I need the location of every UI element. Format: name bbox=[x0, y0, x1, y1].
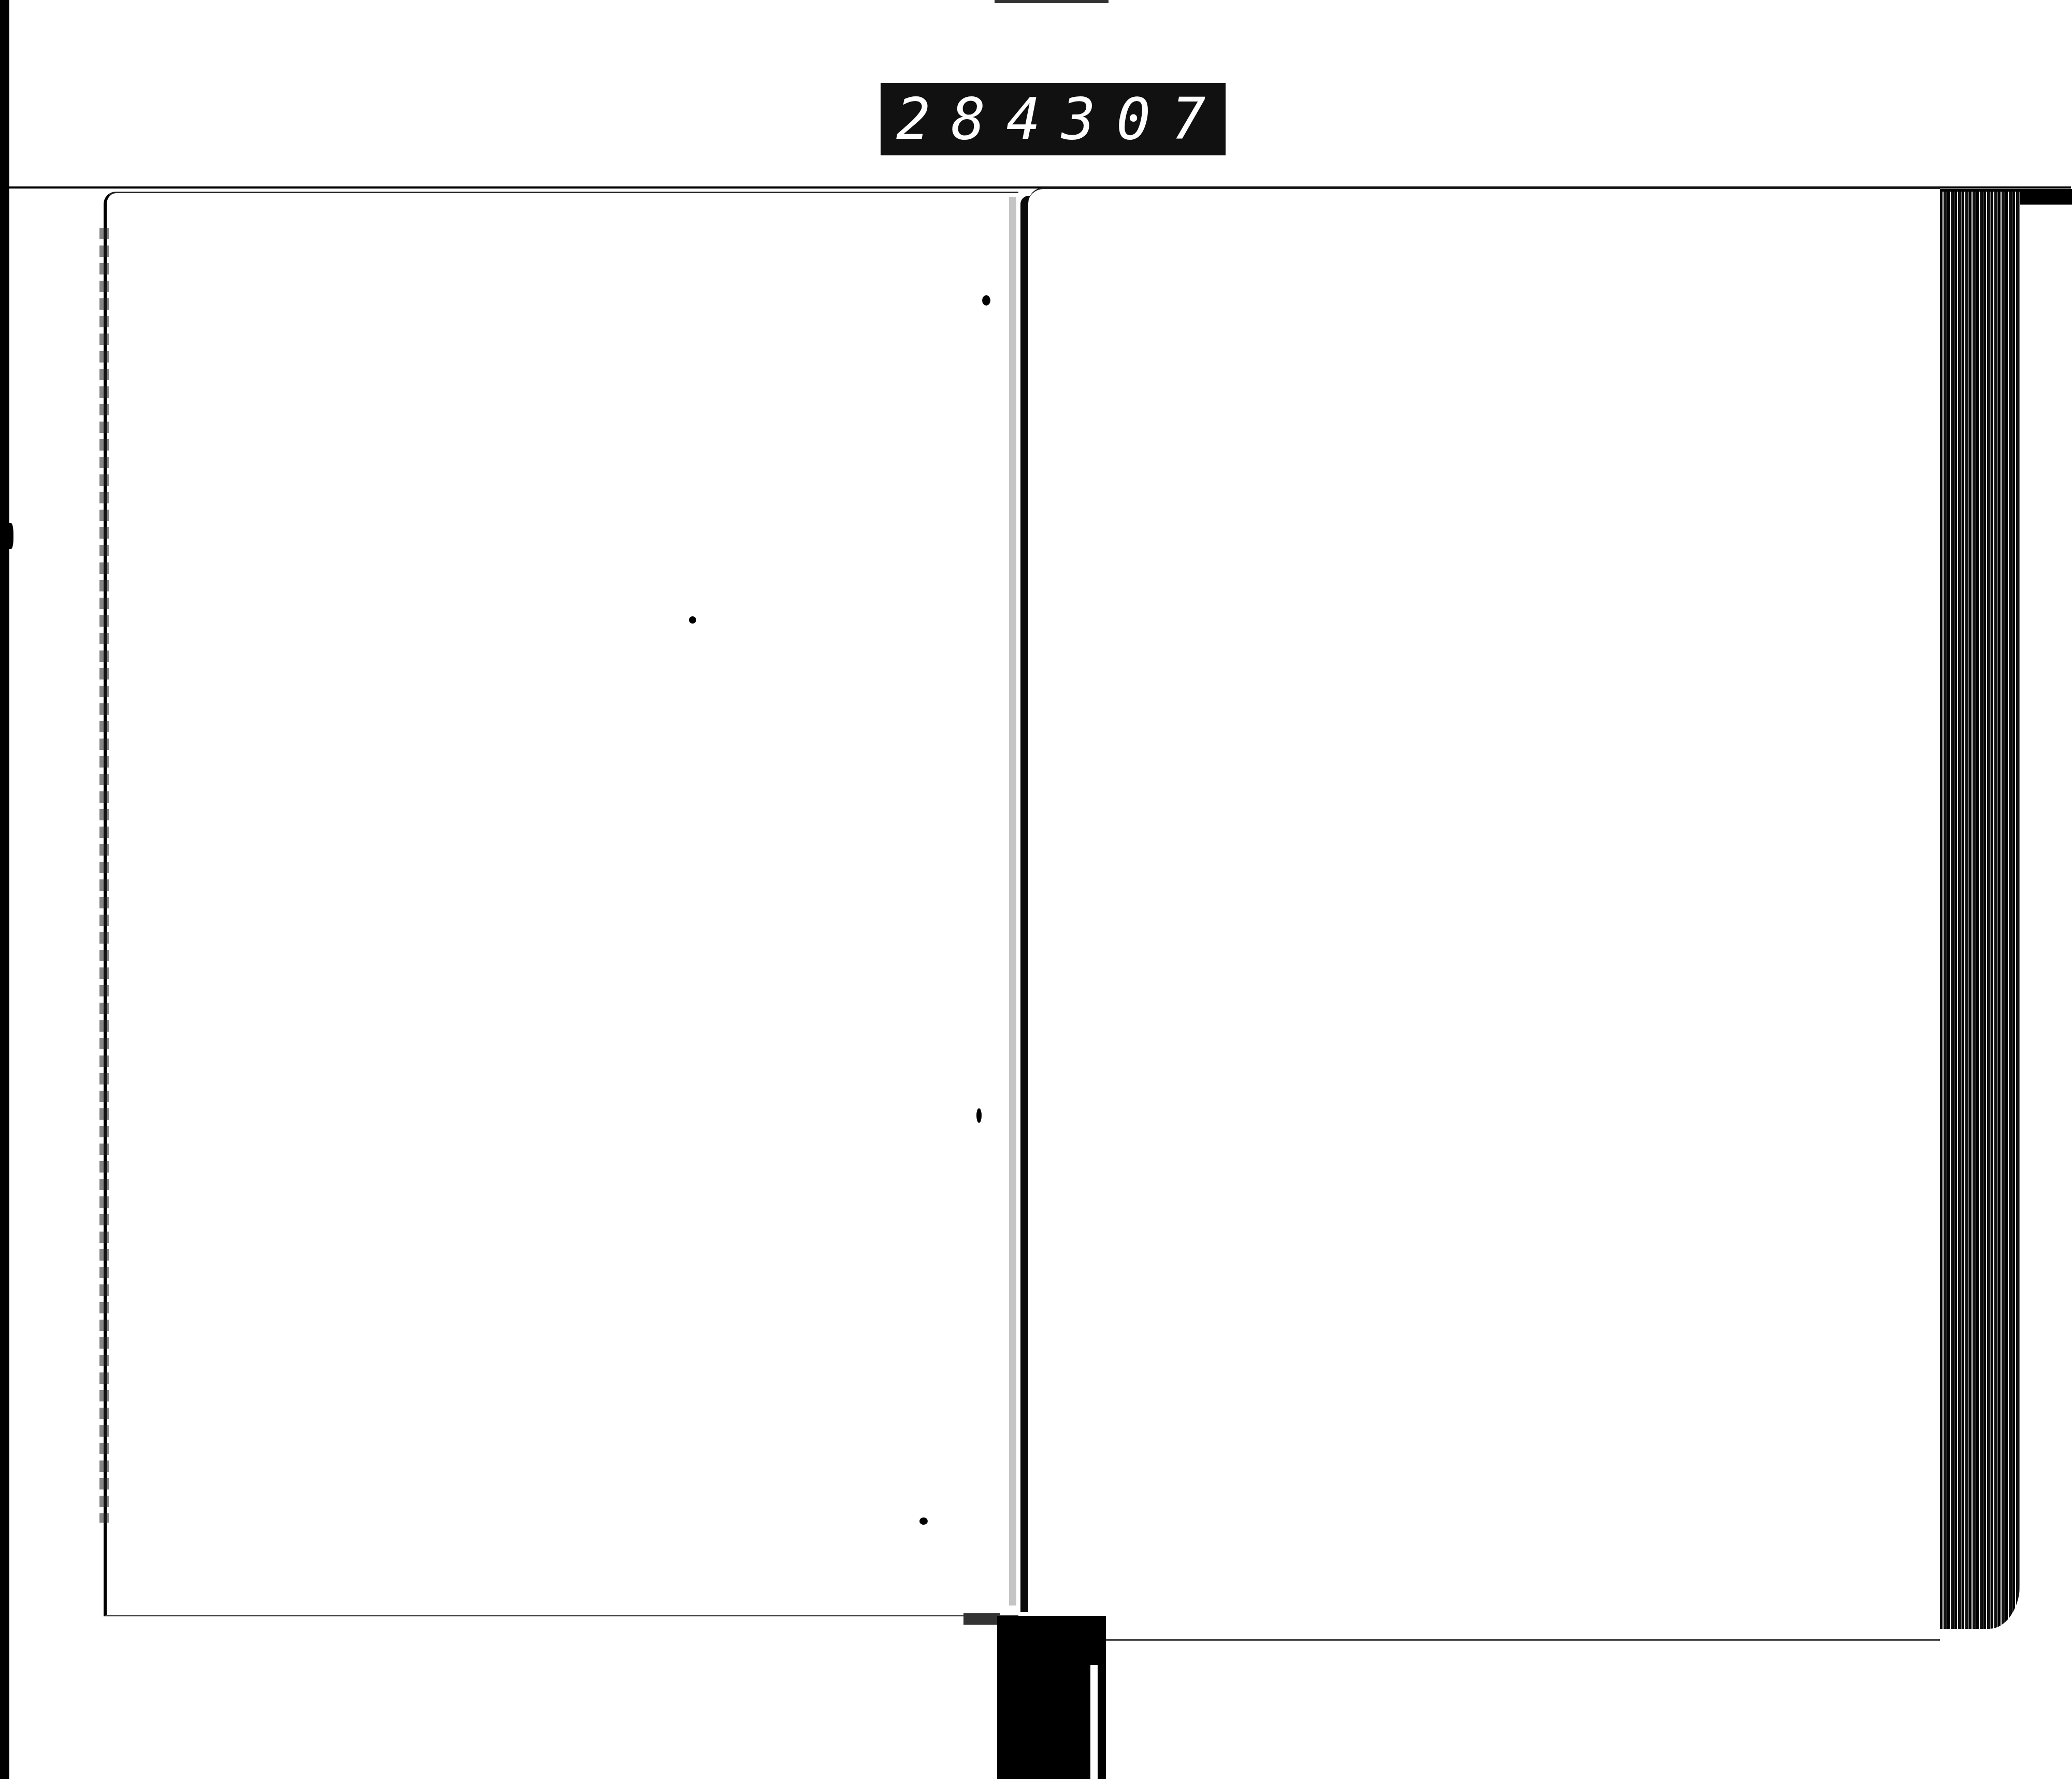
ink-spot bbox=[919, 1517, 928, 1525]
frame-counter: 284 307. bbox=[881, 83, 1226, 155]
gutter-shadow bbox=[1009, 197, 1016, 1606]
frame-counter-left: 284 bbox=[896, 86, 1061, 152]
ink-spot bbox=[982, 295, 990, 306]
right-page bbox=[1028, 187, 1940, 1641]
ink-spot bbox=[976, 1108, 982, 1123]
left-page-edge-bleedthrough bbox=[99, 228, 109, 1523]
left-page bbox=[104, 192, 1018, 1616]
scanner-left-border bbox=[0, 0, 9, 1779]
page-stack-fore-edge bbox=[1940, 192, 2020, 1629]
top-clip-strip bbox=[995, 0, 1109, 3]
scanner-left-border-bump bbox=[7, 523, 13, 549]
binding-lower-shadow bbox=[997, 1616, 1106, 1779]
frame-counter-right: 307. bbox=[1061, 86, 1282, 152]
gutter-flap bbox=[963, 1613, 1000, 1625]
ink-spot bbox=[689, 616, 696, 624]
binding-gap bbox=[1090, 1665, 1098, 1779]
